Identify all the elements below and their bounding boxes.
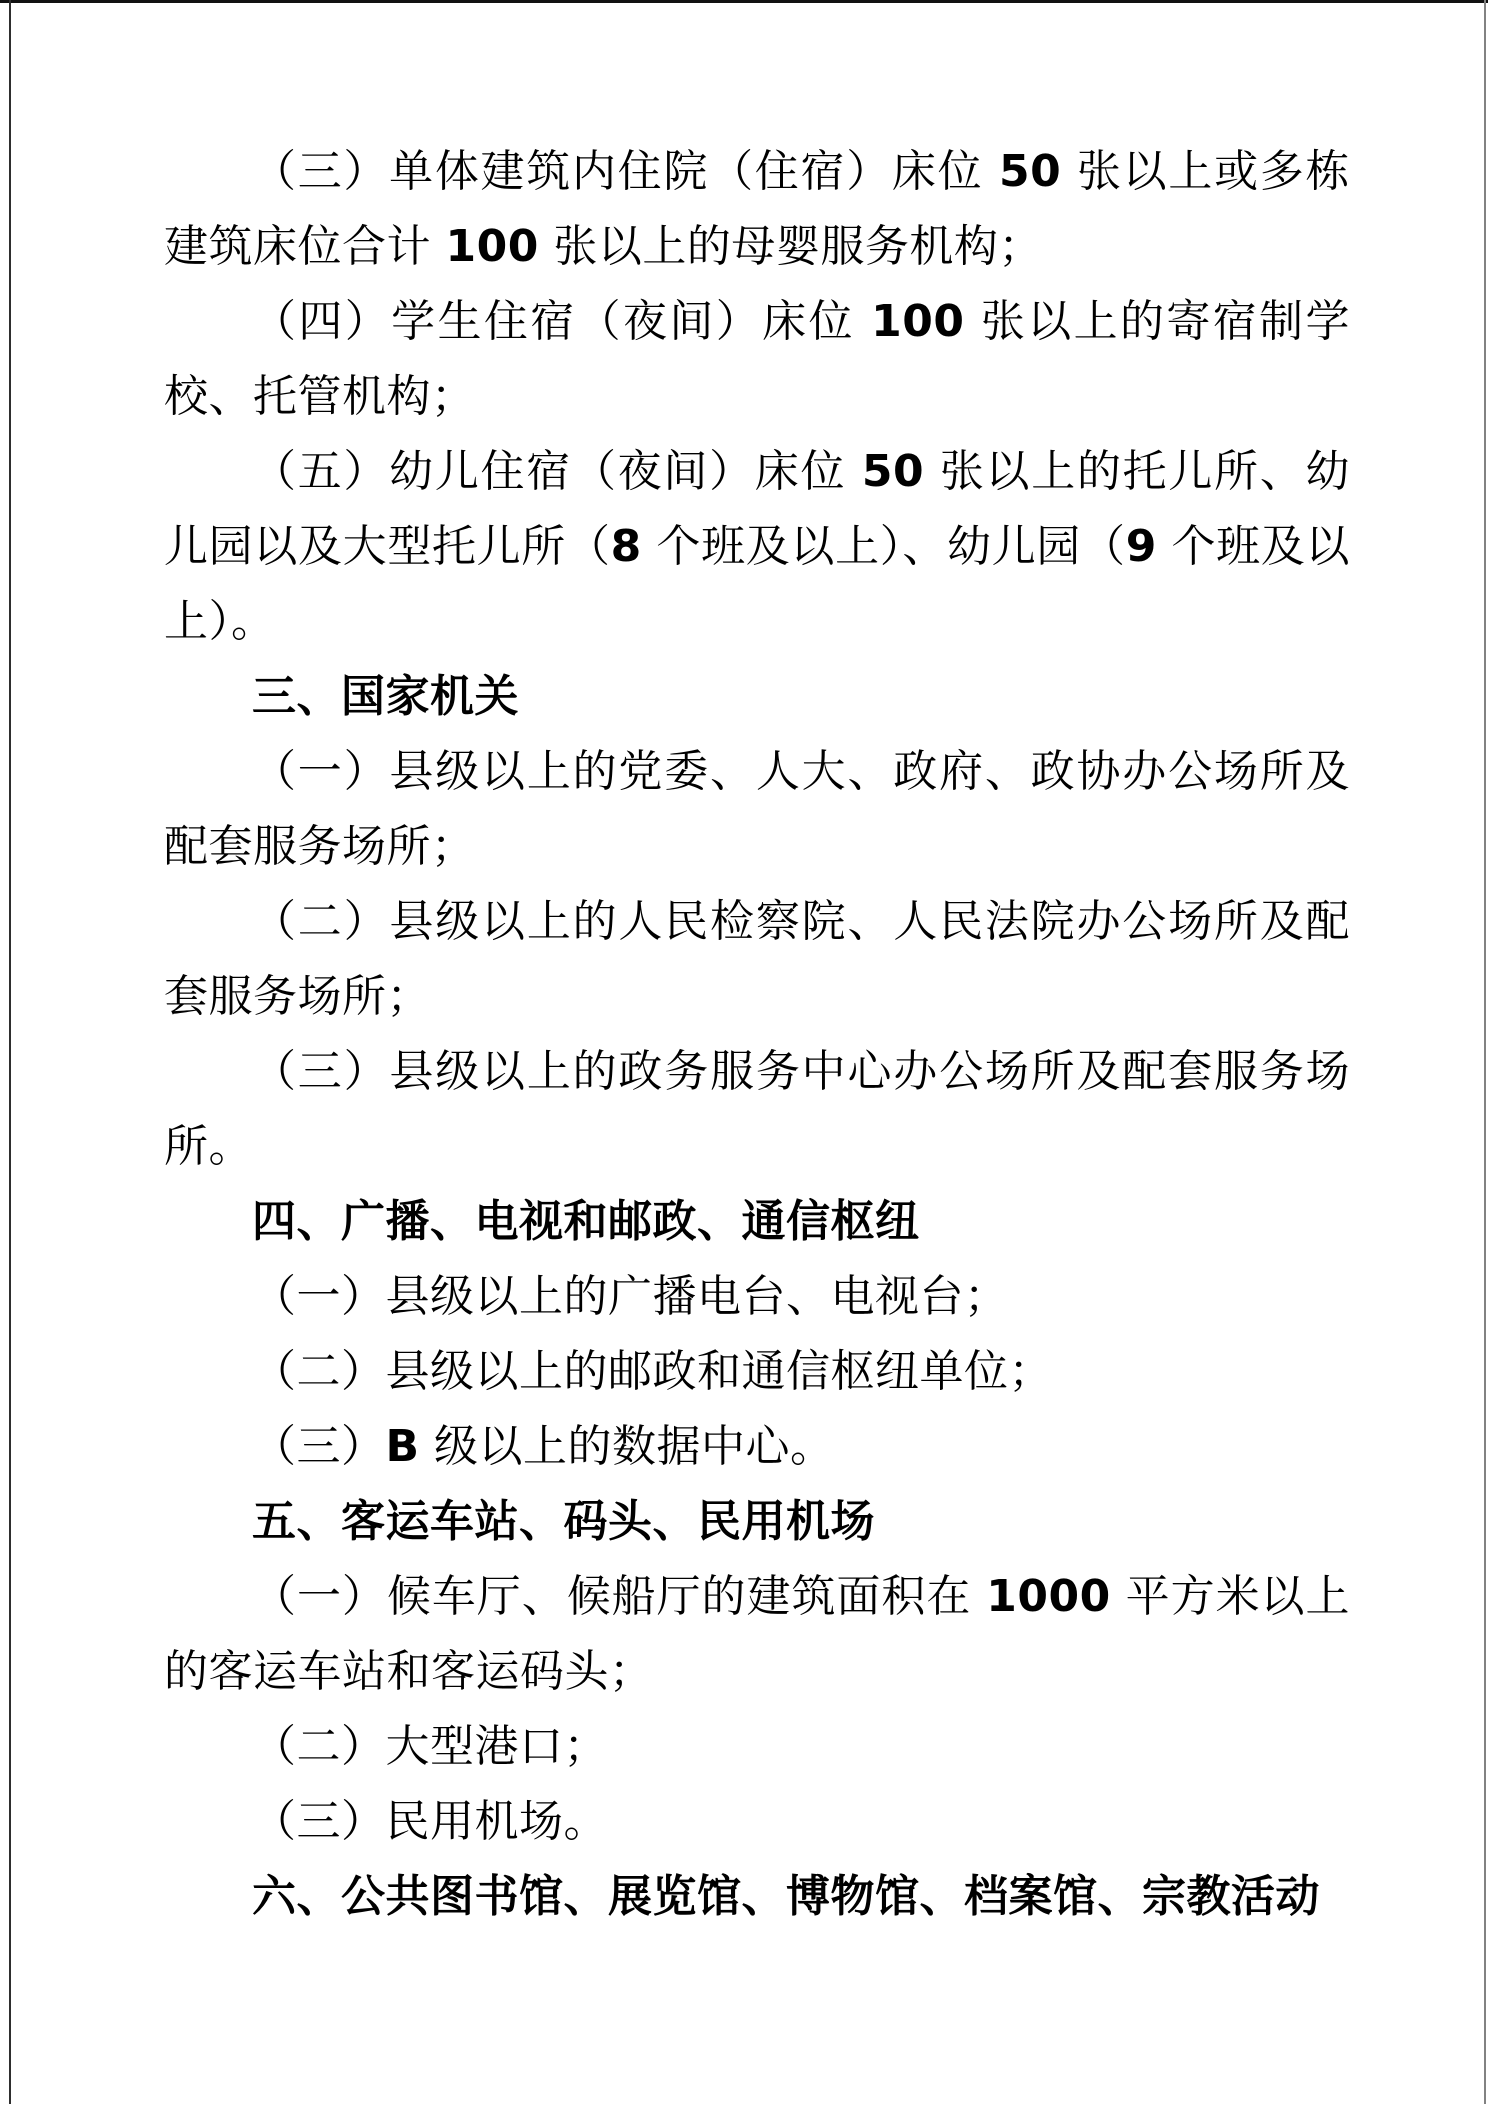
section-heading: 六、公共图书馆、展览馆、博物馆、档案馆、宗教活动 [164,1859,1350,1934]
document-paragraph: （二）大型港口； [164,1709,1350,1784]
section-heading: 四、广播、电视和邮政、通信枢纽 [164,1184,1350,1259]
document-paragraph: （三）B 级以上的数据中心。 [164,1409,1350,1484]
latin-text: 100 [446,221,539,272]
latin-text: B [386,1421,420,1472]
document-paragraph: （一）候车厅、候船厅的建筑面积在 1000 平方米以上的客运车站和客运码头； [164,1559,1350,1709]
document-paragraph: （五）幼儿住宿（夜间）床位 50 张以上的托儿所、幼儿园以及大型托儿所（8 个班… [164,434,1350,659]
document-paragraph: （四）学生住宿（夜间）床位 100 张以上的寄宿制学校、托管机构； [164,284,1350,434]
latin-text: 8 [611,521,642,572]
document-paragraph: （一）县级以上的党委、人大、政府、政协办公场所及配套服务场所； [164,734,1350,884]
latin-text: 50 [862,446,924,497]
document-paragraph: （三）单体建筑内住院（住宿）床位 50 张以上或多栋建筑床位合计 100 张以上… [164,134,1350,284]
latin-text: 1000 [986,1571,1110,1622]
document-paragraph: （三）民用机场。 [164,1784,1350,1859]
section-heading: 三、国家机关 [164,659,1350,734]
page-left-edge-line [9,0,11,2104]
document-paragraph: （二）县级以上的邮政和通信枢纽单位； [164,1334,1350,1409]
latin-text: 9 [1126,521,1157,572]
document-paragraph: （三）县级以上的政务服务中心办公场所及配套服务场所。 [164,1034,1350,1184]
document-paragraph: （二）县级以上的人民检察院、人民法院办公场所及配套服务场所； [164,884,1350,1034]
latin-text: 100 [871,296,964,347]
page-right-edge-line [1484,0,1486,2104]
section-heading: 五、客运车站、码头、民用机场 [164,1484,1350,1559]
latin-text: 50 [999,146,1061,197]
document-paragraph: （一）县级以上的广播电台、电视台； [164,1259,1350,1334]
page-top-edge-line [0,0,1488,3]
document-body: （三）单体建筑内住院（住宿）床位 50 张以上或多栋建筑床位合计 100 张以上… [164,134,1350,1934]
